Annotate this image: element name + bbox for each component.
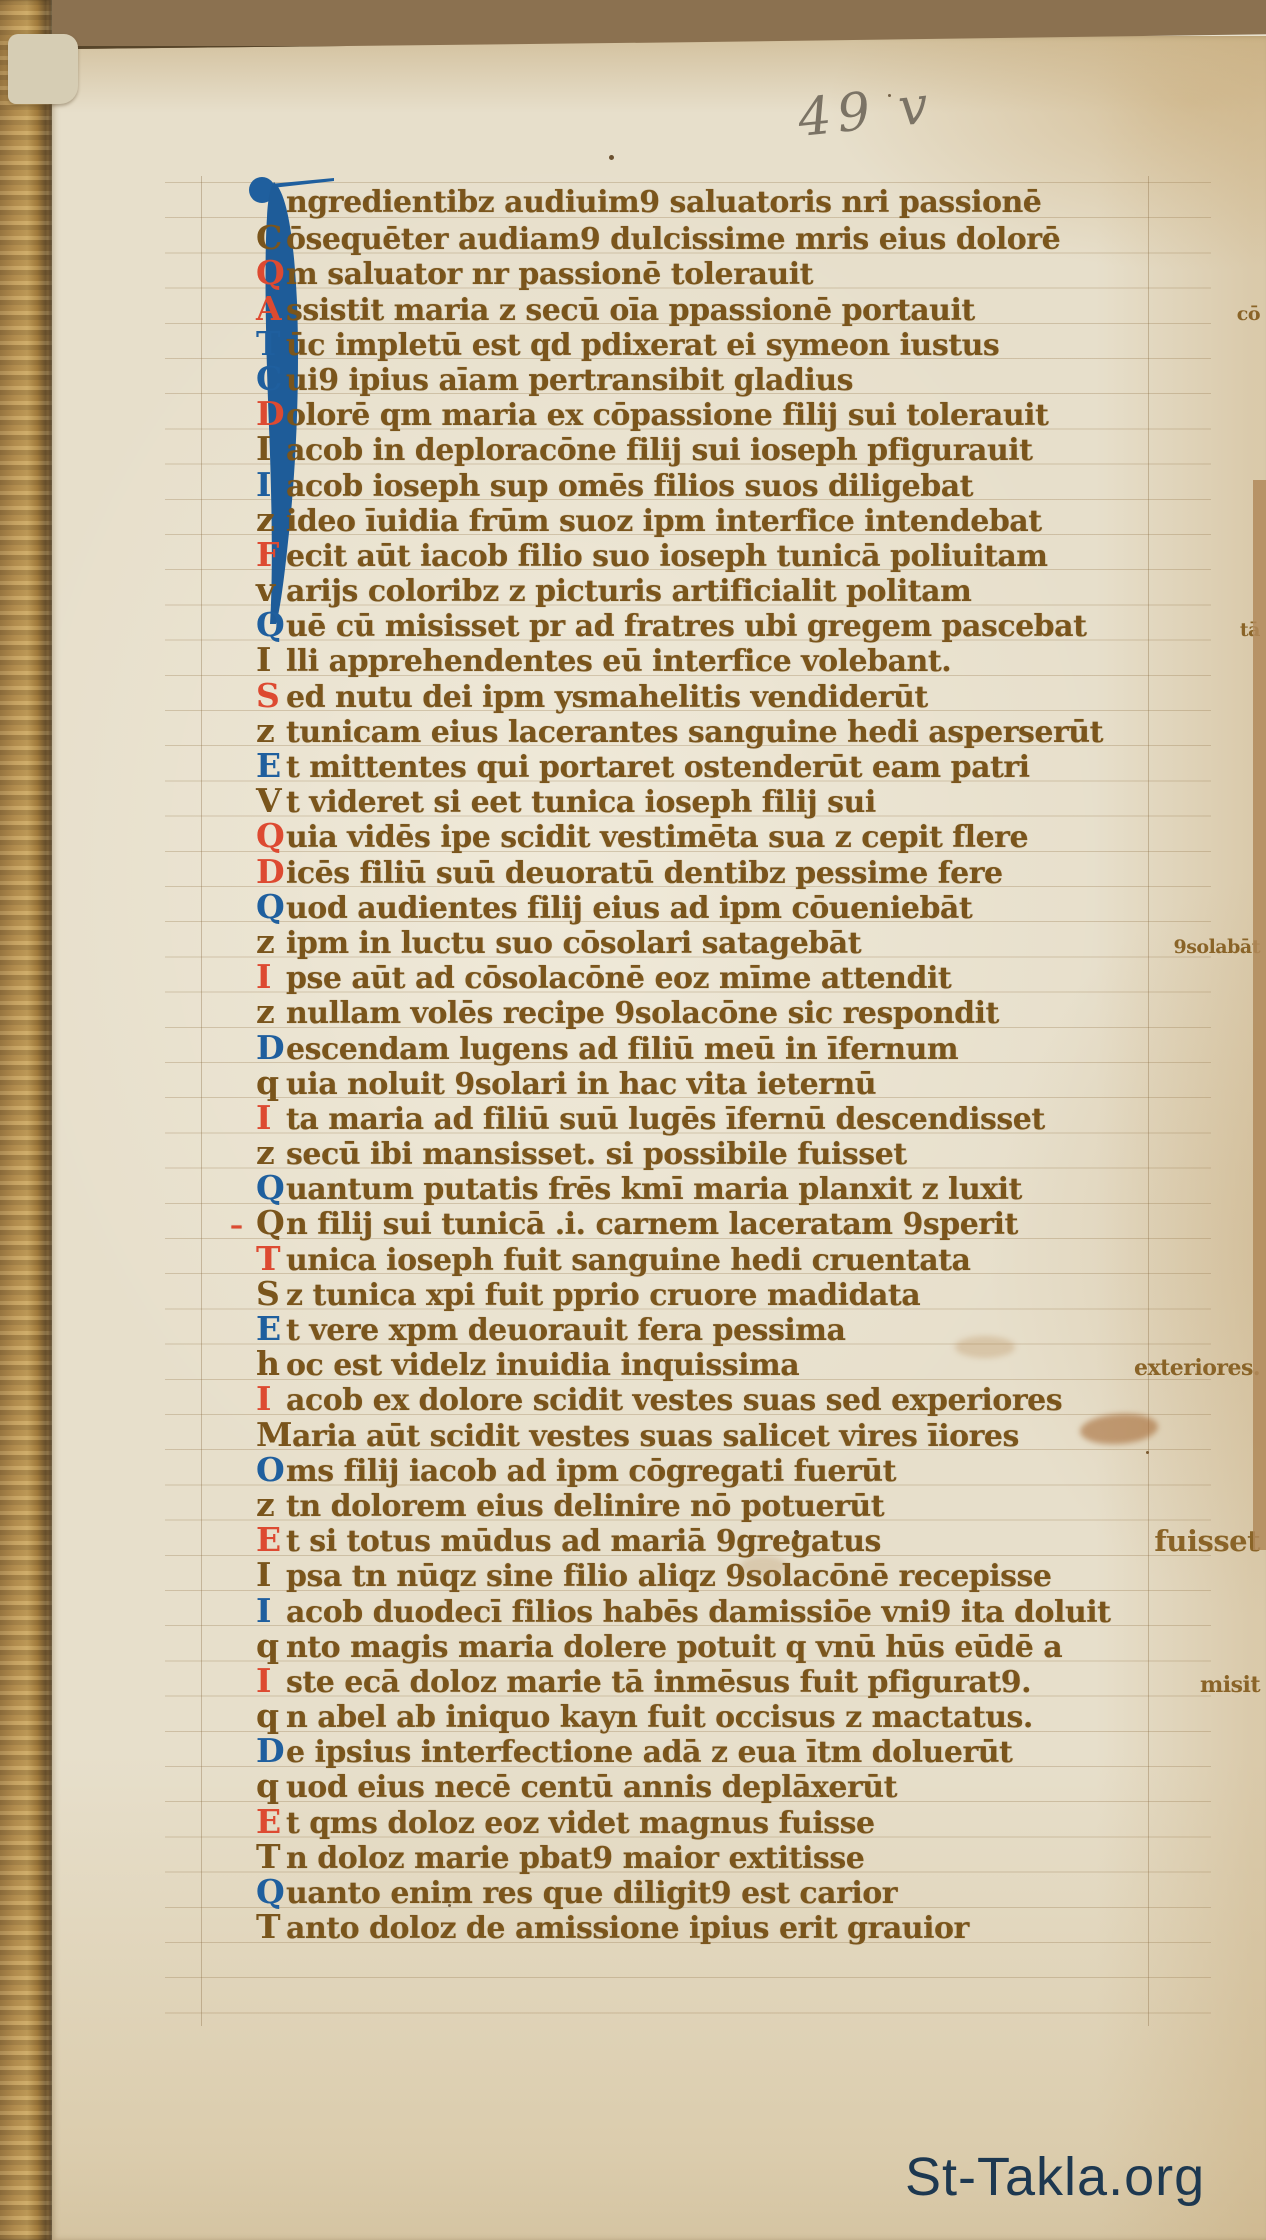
manuscript-line: Oms filij iacob ad ipm cōgregati fuerūt [256,1452,1260,1487]
line-initial: Q [256,607,286,642]
line-initial: C [256,361,286,396]
line-initial: E [256,748,286,783]
line-text: acob in deploracōne filij sui ioseph pfi… [286,433,1033,468]
line-initial: E [256,1311,286,1346]
manuscript-line: Et vere xpm deuorauit fera pessima [256,1311,1260,1346]
manuscript-line: Quod audientes filij eius ad ipm cōuenie… [256,889,1260,924]
line-text: ūc impletū est qd pdixerat ei symeon ius… [286,328,999,363]
margin-note: fuisset [1154,1524,1260,1559]
red-paragraph-dash: – [230,1209,256,1244]
left-ruling-line [201,176,202,2026]
line-text: ed nutu dei ipm ysmahelitis vendiderūt [286,680,928,715]
facing-page-edge [1253,480,1266,1550]
line-text: acob duodecī filios habēs damissiōe vni9… [286,1595,1111,1630]
line-text: ssistit maria z secū oīa ppassionē porta… [286,293,975,328]
line-text: n abel ab iniquo kayn fuit occisus z mac… [286,1700,1033,1735]
manuscript-line: Iacob in deploracōne filij sui ioseph pf… [256,431,1260,466]
line-text: ecit aūt iacob filio suo ioseph tunicā p… [286,539,1048,574]
line-initial: T [256,1909,286,1944]
folio-number: 49 v [795,75,937,149]
manuscript-line: Tunica ioseph fuit sanguine hedi cruenta… [256,1241,1260,1276]
line-initial: F [256,537,286,572]
manuscript-line: Sed nutu dei ipm ysmahelitis vendiderūt [256,678,1260,713]
line-text: e ipsius interfectione adā z eua ītm dol… [286,1735,1012,1770]
line-text: ipm in luctu suo cōsolari satagebāt [286,926,861,961]
line-text: oc est videlz inuidia inquissima [286,1348,799,1383]
line-initial: I [256,1381,286,1416]
line-text: m saluator nr passionē tolerauit [286,257,813,292]
line-initial: Q [256,818,286,853]
line-text: ngredientibz audiuim9 saluatoris nri pas… [286,185,1041,220]
manuscript-line: Dicēs filiū suū deuoratū dentibz pessime… [256,854,1260,889]
line-text: ideo īuidia frūm suoz ipm interfice inte… [286,504,1042,539]
line-initial: I [256,467,286,502]
line-text: n doloz marie pbat9 maior extitisse [286,1841,864,1876]
line-initial: q [256,1698,286,1733]
manuscript-line: Illi apprehendentes eū interfice voleban… [256,642,1260,677]
line-text: icēs filiū suū deuoratū dentibz pessime … [286,856,1003,891]
manuscript-line: qnto magis maria dolere potuit q vnū hūs… [256,1628,1260,1663]
line-text: uantum putatis frēs kmī maria planxit z … [286,1172,1022,1207]
manuscript-line: Iacob duodecī filios habēs damissiōe vni… [256,1593,1260,1628]
line-text: secū ibi mansisset. si possibile fuisset [286,1137,907,1172]
line-initial: I [256,642,286,677]
line-initial: V [256,783,286,818]
line-initial: D [256,1030,286,1065]
line-initial: I [256,959,286,994]
manuscript-line: Iacob ioseph sup omēs filios suos dilige… [256,467,1260,502]
manuscript-line: z ideo īuidia frūm suoz ipm interfice in… [256,502,1260,537]
line-text: lli apprehendentes eū interfice volebant… [286,644,951,679]
manuscript-line: hoc est videlz inuidia inquissimaexterio… [256,1346,1260,1381]
line-text: z tunica xpi fuit pprio cruore madidata [286,1278,920,1313]
line-initial: z [256,924,286,959]
manuscript-line: Assistit maria z secū oīa ppassionē port… [256,291,1260,326]
manuscript-line: Tūc impletū est qd pdixerat ei symeon iu… [256,326,1260,361]
line-initial: C [256,220,286,255]
line-initial: v [256,572,286,607]
manuscript-line: Et mittentes qui portaret ostenderūt eam… [256,748,1260,783]
manuscript-line: Et si totus mūdus ad mariā 9gregatusfuis… [256,1522,1260,1557]
line-text: uod audientes filij eius ad ipm cōuenieb… [286,891,972,926]
line-initial: E [256,1804,286,1839]
line-initial: A [256,291,286,326]
text-block: ngredientibz audiuim9 saluatoris nri pas… [256,185,1260,1944]
manuscript-line: Dolorē qm maria ex cōpassione filij sui … [256,396,1260,431]
margin-note: exteriores. [1134,1351,1260,1386]
manuscript-line: De ipsius interfectione adā z eua ītm do… [256,1733,1260,1768]
gutter-corner-tab [8,34,78,104]
manuscript-line: Tn doloz marie pbat9 maior extitisse [256,1839,1260,1874]
line-initial: Q [256,1170,286,1205]
manuscript-line: –Qn filij sui tunicā .i. carnem lacerata… [256,1205,1260,1240]
line-text: psa tn nūqz sine filio aliqz 9solacōnē r… [286,1559,1052,1594]
manuscript-line: Cōsequēter audiam9 dulcissime mris eius … [256,220,1260,255]
line-text: uia vidēs ipe scidit vestimēta sua z cep… [286,820,1028,855]
line-text: uē cū misisset pr ad fratres ubi gregem … [286,609,1086,644]
line-text: ta maria ad filiū suū lugēs īfernū desce… [286,1102,1045,1137]
line-text: escendam lugens ad filiū meū in īfernum [286,1032,958,1067]
line-text: anto doloz de amissione ipius erit graui… [286,1911,969,1946]
line-text: tunicam eius lacerantes sanguine hedi as… [286,715,1103,750]
manuscript-line: Tanto doloz de amissione ipius erit grau… [256,1909,1260,1944]
line-initial: I [256,431,286,466]
line-text: t mittentes qui portaret ostenderūt eam … [286,750,1030,785]
manuscript-line: z secū ibi mansisset. si possibile fuiss… [256,1135,1260,1170]
line-text: t si totus mūdus ad mariā 9gregatus [286,1524,881,1559]
manuscript-line: z ipm in luctu suo cōsolari satagebāt9so… [256,924,1260,959]
line-text: tn dolorem eius delinire nō potuerūt [286,1489,884,1524]
line-text: arijs coloribz z picturis artificialit p… [286,574,971,609]
line-text: uanto enim res que diligit9 est carior [286,1876,897,1911]
line-initial: Q [256,1874,286,1909]
line-text: nto magis maria dolere potuit q vnū hūs … [286,1630,1062,1665]
manuscript-line: Quanto enim res que diligit9 est carior [256,1874,1260,1909]
book-gutter-edge [0,0,52,2240]
line-text: acob ioseph sup omēs filios suos diligeb… [286,469,973,504]
line-text: ōsequēter audiam9 dulcissime mris eius d… [286,222,1060,257]
line-text: acob ex dolore scidit vestes suas sed ex… [286,1383,1062,1418]
manuscript-line: Cui9 ipius aīam pertransibit gladius [256,361,1260,396]
line-initial: h [256,1346,286,1381]
margin-note: misit [1200,1668,1260,1703]
line-initial: D [256,854,286,889]
line-text: ste ecā doloz marie tā inmēsus fuit pfig… [286,1665,1031,1700]
manuscript-line: quod eius necē centū annis deplāxerūt [256,1768,1260,1803]
line-text: unica ioseph fuit sanguine hedi cruentat… [286,1243,970,1278]
line-text: ui9 ipius aīam pertransibit gladius [286,363,853,398]
line-initial: I [256,1663,286,1698]
site-watermark: St-Takla.org [905,2146,1205,2208]
manuscript-line: z nullam volēs recipe 9solacōne sic resp… [256,994,1260,1029]
line-initial: I [256,1593,286,1628]
margin-note: cō [1237,297,1260,332]
manuscript-line: qn abel ab iniquo kayn fuit occisus z ma… [256,1698,1260,1733]
line-text: uod eius necē centū annis deplāxerūt [286,1770,897,1805]
line-initial: Q [256,255,286,290]
line-initial: D [256,396,286,431]
line-initial: q [256,1768,286,1803]
manuscript-line: z tn dolorem eius delinire nō potuerūt [256,1487,1260,1522]
line-initial: S [256,1276,286,1311]
manuscript-line: Et qms doloz eoz videt magnus fuisse [256,1804,1260,1839]
manuscript-line: Fecit aūt iacob filio suo ioseph tunicā … [256,537,1260,572]
line-initial: q [256,1065,286,1100]
manuscript-line: Ipse aūt ad cōsolacōnē eoz mīme attendit [256,959,1260,994]
line-initial: z [256,713,286,748]
manuscript-line: Sz tunica xpi fuit pprio cruore madidata [256,1276,1260,1311]
line-initial: Q [256,1205,286,1240]
line-initial: S [256,678,286,713]
margin-note: 9solabāt [1174,930,1261,965]
manuscript-line: Quantum putatis frēs kmī maria planxit z… [256,1170,1260,1205]
soft-stain [740,1556,786,1576]
line-initial: T [256,1839,286,1874]
manuscript-line: Iacob ex dolore scidit vestes suas sed e… [256,1381,1260,1416]
line-text: nullam volēs recipe 9solacōne sic respon… [286,996,999,1031]
manuscript-line: Ita maria ad filiū suū lugēs īfernū desc… [256,1100,1260,1135]
line-initial: z [256,1487,286,1522]
line-text: aria aūt scidit vestes suas salicet vire… [292,1419,1019,1454]
line-initial: M [256,1417,292,1452]
manuscript-line: quia noluit 9solari in hac vita ieternū [256,1065,1260,1100]
manuscript-line: ngredientibz audiuim9 saluatoris nri pas… [256,185,1260,220]
manuscript-line: Descendam lugens ad filiū meū in īfernum [256,1030,1260,1065]
line-text: t qms doloz eoz videt magnus fuisse [286,1806,875,1841]
soft-stain [955,1336,1015,1358]
line-initial: z [256,994,286,1029]
line-text: t vere xpm deuorauit fera pessima [286,1313,845,1348]
parchment-page: 49 v ngredientibz audiuim9 saluatoris nr… [50,36,1266,2240]
manuscript-line: Qm saluator nr passionē tolerauit [256,255,1260,290]
line-initial: Q [256,889,286,924]
line-initial: T [256,326,286,361]
line-initial: T [256,1241,286,1276]
manuscript-line: Quia vidēs ipe scidit vestimēta sua z ce… [256,818,1260,853]
line-initial: z [256,1135,286,1170]
manuscript-line: z tunicam eius lacerantes sanguine hedi … [256,713,1260,748]
line-initial: E [256,1522,286,1557]
line-initial: q [256,1628,286,1663]
manuscript-line: varijs coloribz z picturis artificialit … [256,572,1260,607]
line-initial: z [256,502,286,537]
line-text: pse aūt ad cōsolacōnē eoz mīme attendit [286,961,951,996]
line-initial: I [256,1557,286,1592]
line-text: olorē qm maria ex cōpassione filij sui t… [286,398,1048,433]
line-initial: I [256,1100,286,1135]
line-text: uia noluit 9solari in hac vita ieternū [286,1067,876,1102]
manuscript-line: Vt videret si eet tunica ioseph filij su… [256,783,1260,818]
line-initial: D [256,1733,286,1768]
line-text: t videret si eet tunica ioseph filij sui [286,785,876,820]
line-text: ms filij iacob ad ipm cōgregati fuerūt [286,1454,896,1489]
line-text: n filij sui tunicā .i. carnem laceratam … [286,1207,1018,1242]
manuscript-photo: 49 v ngredientibz audiuim9 saluatoris nr… [0,0,1266,2240]
line-initial: O [256,1452,286,1487]
manuscript-line: Quē cū misisset pr ad fratres ubi gregem… [256,607,1260,642]
manuscript-line: Iste ecā doloz marie tā inmēsus fuit pfi… [256,1663,1260,1698]
